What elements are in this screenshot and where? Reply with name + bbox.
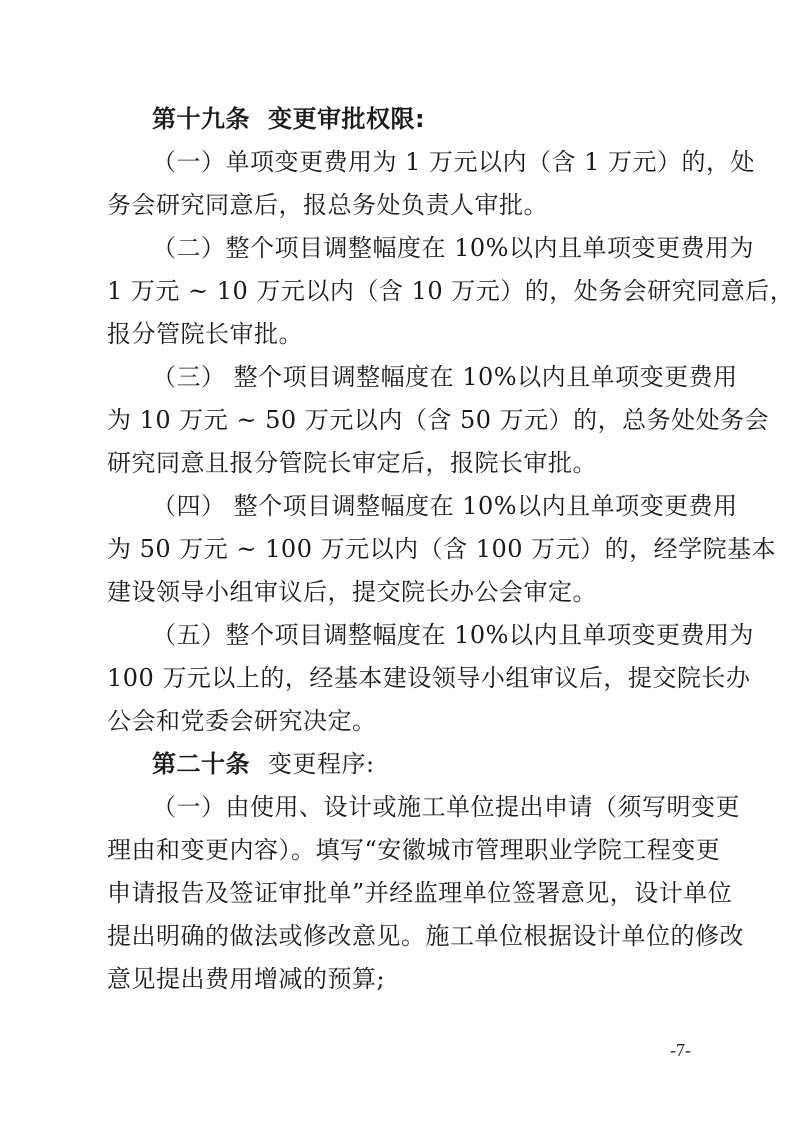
paragraph-line: 建设领导小组审议后，提交院长办公会审定。: [107, 575, 703, 609]
document-page: 第十九条变更审批权限: （一）单项变更费用为 1 万元以内（含 1 万元）的，处…: [0, 0, 799, 1131]
paragraph-line: 务会研究同意后，报总务处负责人审批。: [107, 188, 703, 222]
paragraph-line: 申请报告及签证审批单”并经监理单位签署意见，设计单位: [107, 876, 703, 910]
paragraph-line: （四） 整个项目调整幅度在 10%以内且单项变更费用: [152, 489, 703, 523]
paragraph-line: 意见提出费用增减的预算;: [107, 962, 703, 996]
paragraph-line: 研究同意且报分管院长审定后，报院长审批。: [107, 446, 703, 480]
article-19-number: 第十九条: [152, 105, 250, 133]
paragraph-line: 1 万元 ~ 10 万元以内（含 10 万元）的，处务会研究同意后，: [107, 274, 703, 308]
paragraph-line: 报分管院长审批。: [107, 317, 703, 351]
paragraph-line: （一）单项变更费用为 1 万元以内（含 1 万元）的，处: [152, 145, 703, 179]
paragraph-line: 100 万元以上的，经基本建设领导小组审议后，提交院长办: [107, 661, 703, 695]
paragraph-line: 理由和变更内容）。填写“安徽城市管理职业学院工程变更: [107, 833, 703, 867]
paragraph-line: 公会和党委会研究决定。: [107, 704, 703, 738]
article-20-number: 第二十条: [152, 750, 250, 778]
paragraph-line: （五）整个项目调整幅度在 10%以内且单项变更费用为: [152, 618, 703, 652]
paragraph-line: 为 50 万元 ~ 100 万元以内（含 100 万元）的，经学院基本: [107, 532, 703, 566]
article-19-heading: 第十九条变更审批权限:: [152, 102, 703, 136]
article-19-title: 变更审批权限:: [268, 105, 425, 133]
page-number: -7-: [670, 1040, 691, 1061]
paragraph-line: 提出明确的做法或修改意见。施工单位根据设计单位的修改: [107, 919, 703, 953]
article-20-heading: 第二十条变更程序:: [152, 747, 703, 781]
paragraph-line: （二）整个项目调整幅度在 10%以内且单项变更费用为: [152, 231, 703, 265]
article-20-title: 变更程序:: [268, 750, 375, 778]
paragraph-line: （一）由使用、设计或施工单位提出申请（须写明变更: [152, 790, 703, 824]
paragraph-line: 为 10 万元 ~ 50 万元以内（含 50 万元）的，总务处处务会: [107, 403, 703, 437]
paragraph-line: （三） 整个项目调整幅度在 10%以内且单项变更费用: [152, 360, 703, 394]
